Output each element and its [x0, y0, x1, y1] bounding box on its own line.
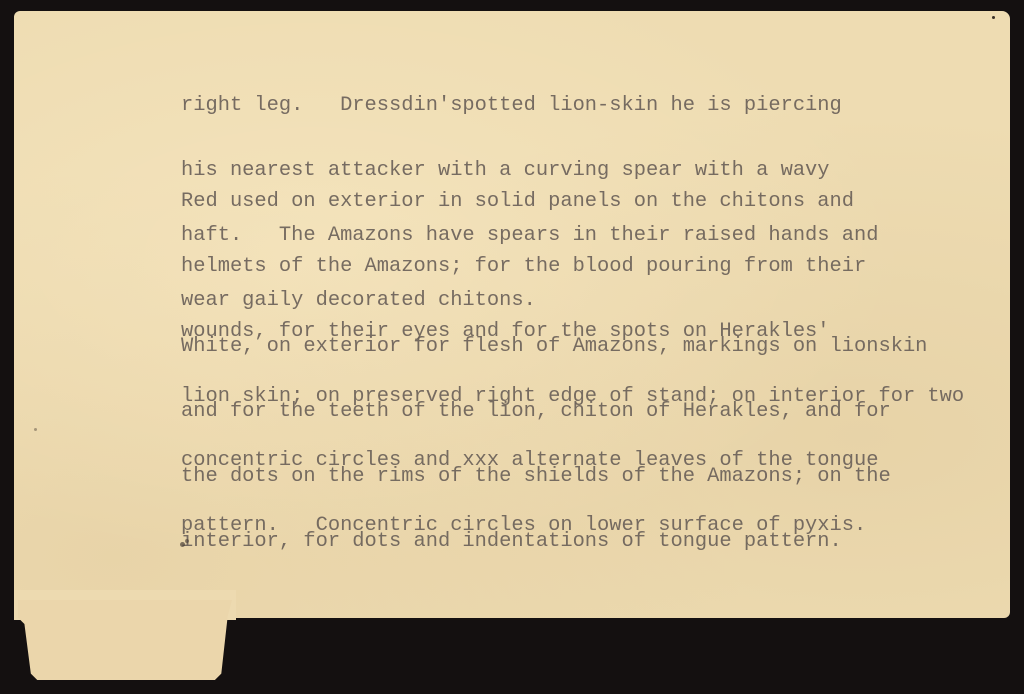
text-line: the dots on the rims of the shields of t… [181, 466, 927, 488]
ink-blot [185, 539, 189, 543]
text-line: right leg. Dressdin'spotted lion-skin he… [181, 95, 878, 117]
paper-speck [34, 428, 37, 431]
text-line: helmets of the Amazons; for the blood po… [181, 256, 964, 278]
text-line: Red used on exterior in solid panels on … [181, 191, 964, 213]
text-line: interior, for dots and indentations of t… [181, 531, 927, 553]
paragraph-white-usage: White, on exterior for flesh of Amazons,… [181, 293, 927, 574]
text-line: White, on exterior for flesh of Amazons,… [181, 336, 927, 358]
ink-blot [180, 542, 185, 547]
card-index-tab [18, 600, 232, 680]
paper-speck [992, 16, 995, 19]
text-line: and for the teeth of the lion, chiton of… [181, 401, 927, 423]
